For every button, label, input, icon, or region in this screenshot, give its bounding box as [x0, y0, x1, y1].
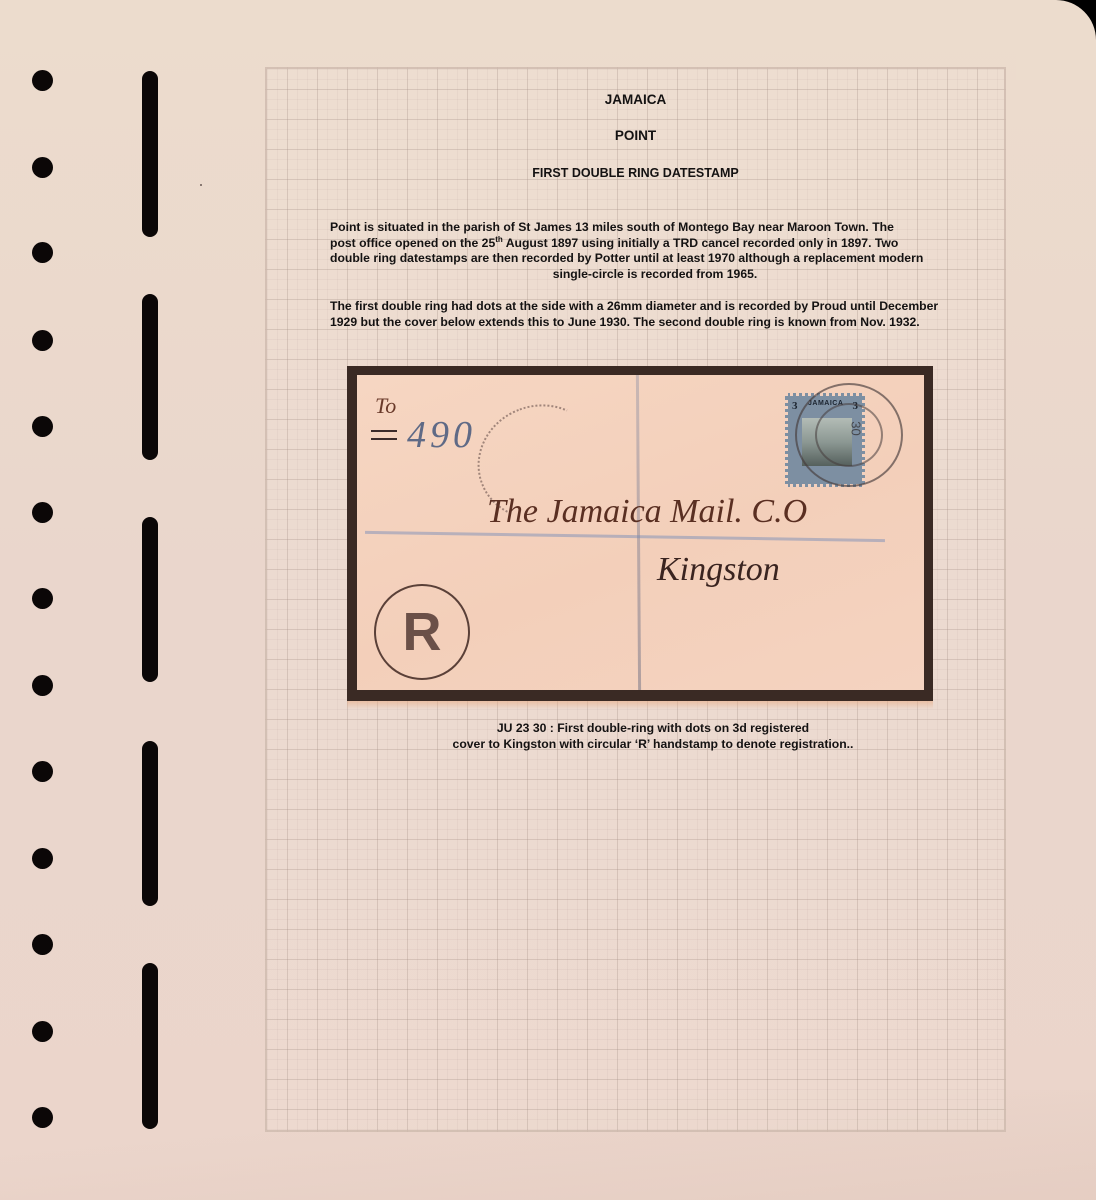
ordinal-suffix: th — [495, 234, 503, 243]
page-corner — [1016, 0, 1096, 80]
registration-line-vertical — [636, 375, 641, 690]
binder-slot — [142, 741, 158, 906]
punch-hole — [32, 242, 53, 263]
registered-cover: To 490 3 JAMAICA 3 30 The Jamaica Mail. … — [357, 375, 924, 690]
punch-hole — [32, 1021, 53, 1042]
intro-paragraph: Point is situated in the parish of St Ja… — [330, 220, 980, 282]
detail-paragraph: The first double ring had dots at the si… — [330, 299, 980, 330]
intro-line-text: August 1897 using initially a TRD cancel… — [503, 236, 899, 250]
stamp-value-left: 3 — [792, 400, 798, 412]
binder-slot — [142, 71, 158, 237]
registration-number: 490 — [407, 413, 476, 457]
punch-hole — [32, 761, 53, 782]
punch-hole — [32, 502, 53, 523]
punch-hole — [32, 934, 53, 955]
punch-hole — [32, 330, 53, 351]
caption-line-2: cover to Kingston with circular ‘R’ hand… — [265, 736, 1041, 752]
cover-frame: To 490 3 JAMAICA 3 30 The Jamaica Mail. … — [347, 366, 933, 701]
addressee-line-2: Kingston — [657, 551, 780, 589]
cover-mount-edge — [347, 701, 933, 709]
binder-slot — [142, 963, 158, 1129]
punch-hole — [32, 157, 53, 178]
binder-slot — [142, 517, 158, 682]
registration-handstamp: R — [374, 584, 470, 680]
addressee-line-1: The Jamaica Mail. C.O — [487, 493, 807, 531]
punch-hole — [32, 70, 53, 91]
punch-hole — [32, 675, 53, 696]
intro-line: double ring datestamps are then recorded… — [330, 251, 980, 267]
intro-line: Point is situated in the parish of St Ja… — [330, 220, 980, 236]
registration-letter: R — [403, 601, 442, 663]
country-heading: JAMAICA — [265, 92, 1006, 107]
speck — [200, 184, 202, 186]
punch-hole — [32, 1107, 53, 1128]
registration-line-horizontal — [365, 531, 885, 542]
detail-line: 1929 but the cover below extends this to… — [330, 315, 980, 331]
punch-hole — [32, 416, 53, 437]
punch-hole — [32, 588, 53, 609]
detail-line: The first double ring had dots at the si… — [330, 299, 980, 315]
intro-line: post office opened on the 25th August 18… — [330, 236, 980, 252]
postmark-date: 30 — [849, 421, 864, 435]
subject-heading: FIRST DOUBLE RING DATESTAMP — [265, 166, 1006, 180]
intro-line: single-circle is recorded from 1965. — [330, 267, 980, 283]
to-annotation: To — [375, 393, 396, 419]
punch-hole — [32, 848, 53, 869]
caption-line-1: JU 23 30 : First double-ring with dots o… — [265, 720, 1041, 736]
to-underline — [371, 430, 397, 440]
binder-slot — [142, 294, 158, 460]
town-heading: POINT — [265, 128, 1006, 143]
intro-line-text: post office opened on the 25 — [330, 236, 495, 250]
